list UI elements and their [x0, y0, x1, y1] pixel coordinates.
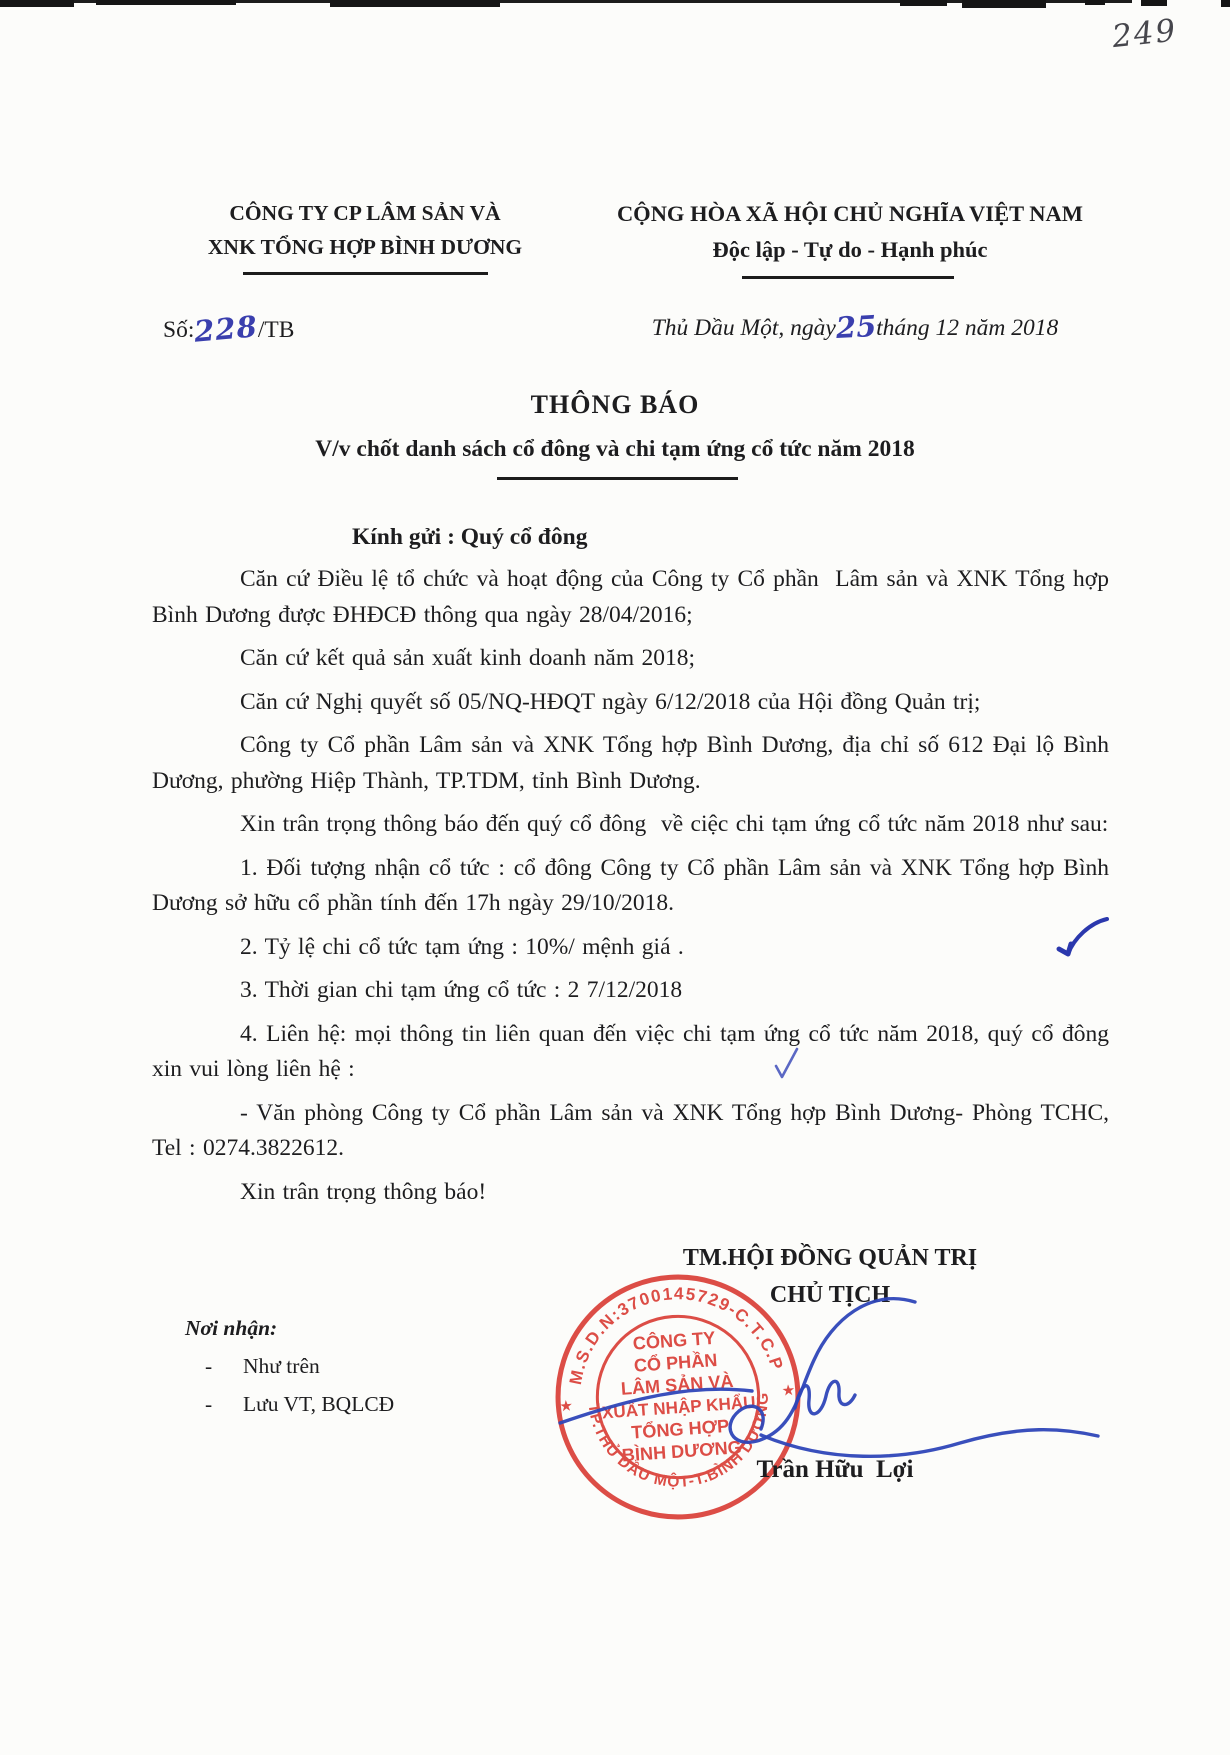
list-dash: - — [205, 1354, 243, 1379]
paragraph-contact-office: - Văn phòng Công ty Cổ phần Lâm sản và X… — [152, 1096, 1109, 1167]
recipient-item: -Như trên — [205, 1354, 320, 1379]
org-name-line1: CÔNG TY CP LÂM SẢN VÀ — [150, 196, 580, 230]
scan-mark — [330, 0, 500, 7]
national-line2: Độc lập - Tự do - Hạnh phúc — [580, 232, 1120, 268]
document-number: Số:228/TB — [163, 310, 294, 344]
item-3-thoi-gian: 3. Thời gian chi tạm ứng cổ tức : 2 7/12… — [152, 973, 1109, 1009]
paragraph-can-cu-nghi-quyet: Căn cứ Nghị quyết số 05/NQ-HĐQT ngày 6/1… — [152, 685, 1109, 721]
org-underline — [243, 272, 488, 275]
checkmark-icon — [773, 1046, 801, 1082]
doc-no-prefix: Số: — [163, 317, 194, 343]
signer-name: Trần Hữu Lợi — [690, 1456, 980, 1484]
scan-mark — [0, 0, 74, 7]
scan-mark — [900, 0, 947, 6]
item-2-ty-le: 2. Tỷ lệ chi cổ tức tạm ứng : 10%/ mệnh … — [152, 930, 1109, 966]
doc-no-suffix: /TB — [258, 317, 295, 343]
paragraph-announce-intro: Xin trân trọng thông báo đến quý cổ đông… — [152, 807, 1109, 843]
signature-ink — [540, 1280, 1120, 1480]
recipients-label: Nơi nhận: — [185, 1316, 277, 1341]
scan-mark — [962, 0, 1046, 8]
scan-mark — [1141, 0, 1167, 6]
item-4-lien-he: 4. Liên hệ: mọi thông tin liên quan đến … — [152, 1017, 1109, 1088]
org-name-line2: XNK TỔNG HỢP BÌNH DƯƠNG — [150, 230, 580, 264]
paragraph-can-cu-dieu-le: Căn cứ Điều lệ tổ chức và hoạt động của … — [152, 562, 1109, 633]
handwritten-page-number: 249 — [1110, 9, 1213, 55]
national-header: CỘNG HÒA XÃ HỘI CHỦ NGHĨA VIỆT NAM Độc l… — [580, 196, 1120, 268]
salutation: Kính gửi : Quý cổ đông — [352, 524, 587, 551]
recipient-text: Như trên — [243, 1354, 320, 1378]
checkmark-icon — [1055, 916, 1111, 958]
recipient-item: -Lưu VT, BQLCĐ — [205, 1392, 394, 1417]
recipient-text: Lưu VT, BQLCĐ — [243, 1392, 394, 1416]
scan-mark — [1085, 0, 1105, 5]
paragraph-closing: Xin trân trọng thông báo! — [152, 1175, 1109, 1211]
paragraph-can-cu-ket-qua: Căn cứ kết quả sản xuất kinh doanh năm 2… — [152, 641, 1109, 677]
paragraph-company-address: Công ty Cổ phần Lâm sản và XNK Tổng hợp … — [152, 728, 1109, 799]
org-header: CÔNG TY CP LÂM SẢN VÀ XNK TỔNG HỢP BÌNH … — [150, 196, 580, 264]
national-underline — [742, 276, 954, 279]
scan-mark — [96, 0, 236, 5]
scanned-document-page: 249 CÔNG TY CP LÂM SẢN VÀ XNK TỔNG HỢP B… — [0, 0, 1230, 1755]
body-text: Căn cứ Điều lệ tổ chức và hoạt động của … — [152, 562, 1109, 1218]
date-after: tháng 12 năm 2018 — [876, 315, 1058, 341]
item-1-doi-tuong: 1. Đối tượng nhận cổ tức : cổ đông Công … — [152, 851, 1109, 922]
scan-mark — [1221, 0, 1230, 7]
doc-no-handwritten: 228 — [193, 309, 259, 348]
list-dash: - — [205, 1392, 243, 1417]
subject-underline — [497, 477, 738, 480]
date-before: Thủ Dầu Một, ngày — [652, 315, 836, 341]
document-subject: V/v chốt danh sách cổ đông và chi tạm ứn… — [0, 436, 1230, 463]
national-line1: CỘNG HÒA XÃ HỘI CHỦ NGHĨA VIỆT NAM — [580, 196, 1120, 232]
date-day-handwritten: 25 — [835, 309, 877, 345]
date-line: Thủ Dầu Một, ngày25tháng 12 năm 2018 — [590, 308, 1120, 342]
document-title: THÔNG BÁO — [0, 390, 1230, 420]
